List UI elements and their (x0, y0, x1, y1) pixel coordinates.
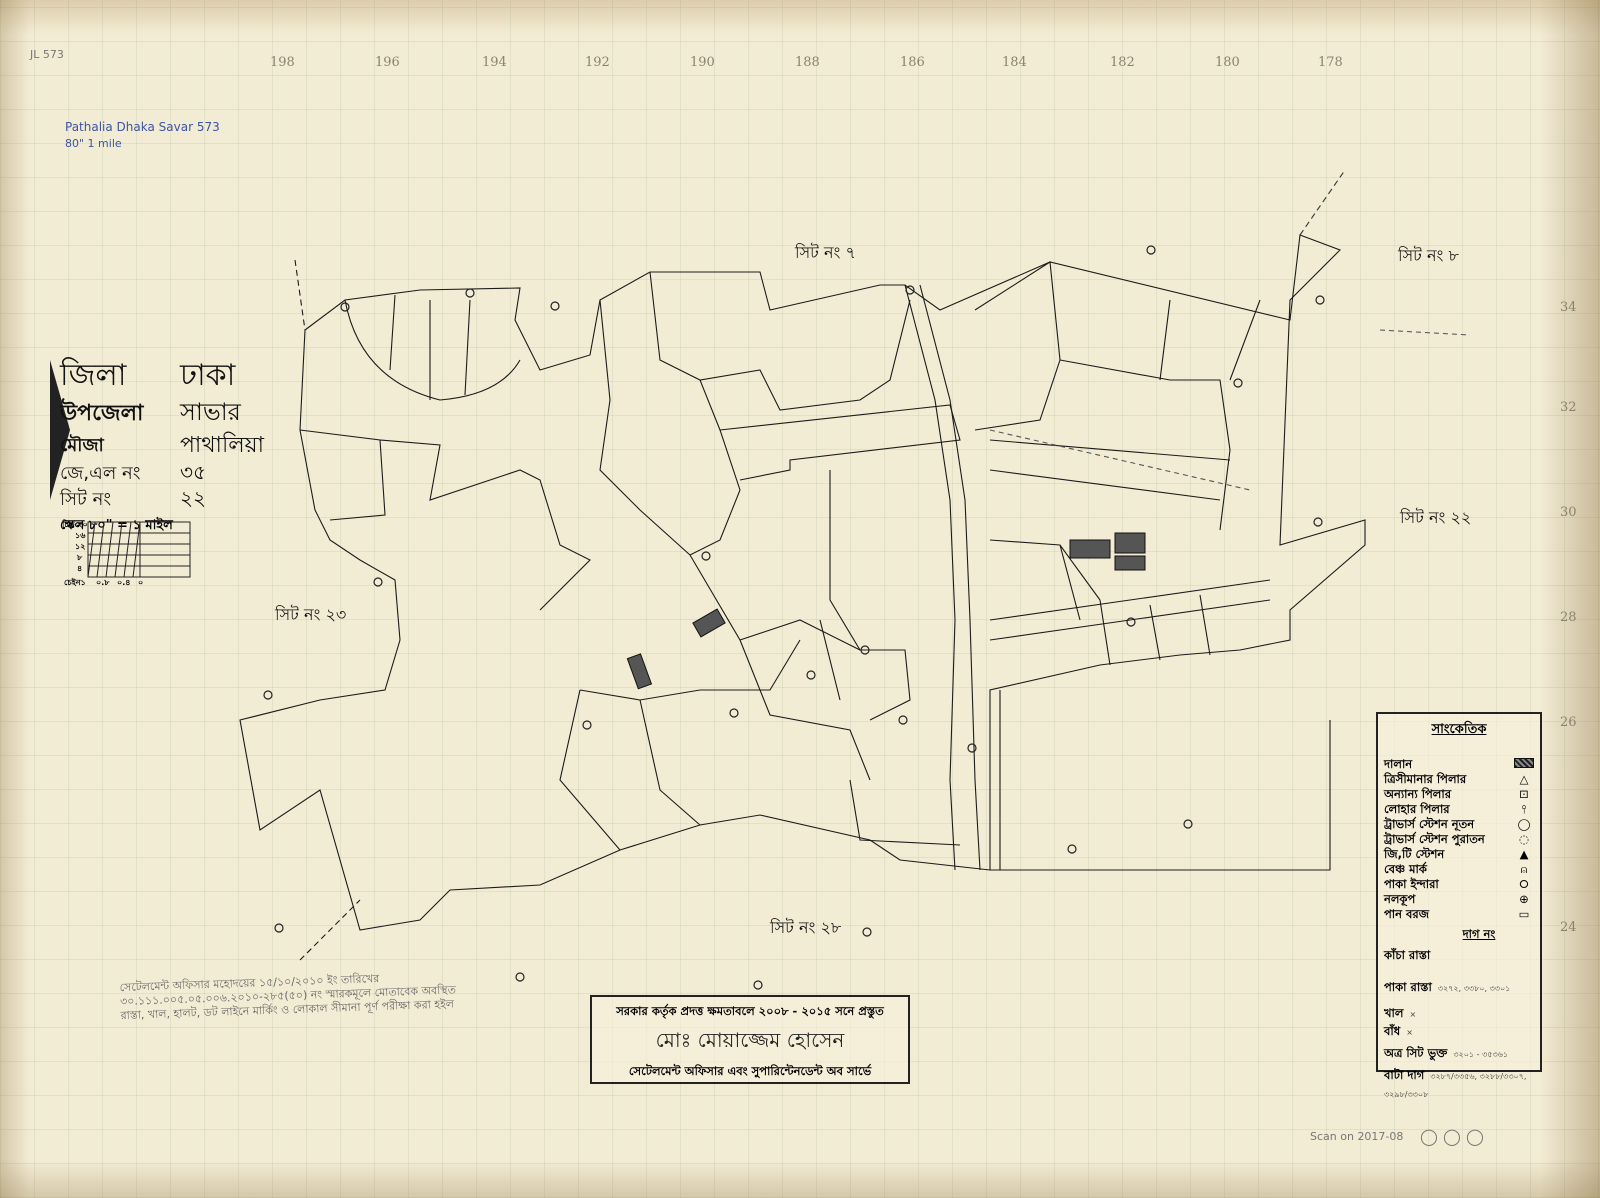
betel-garden-icon: ▭ (1514, 907, 1534, 922)
legend-item: অন্যান্য পিলার⊡ (1378, 787, 1540, 802)
scale-row-label: ৪ (77, 563, 82, 576)
adjacent-sheet-south: সিট নং ২৮ (770, 915, 841, 942)
certification-box: সরকার কর্তৃক প্রদত্ত ক্ষমতাবলে ২০০৮ - ২০… (590, 995, 910, 1084)
bata-dag-item: বাটা দাগ৩২৮৭/৩৩৫৬, ৩২৮৮/৩৩০৭, ৩২৯৮/৩৩০৮ (1378, 1067, 1540, 1103)
legend-item: ত্রিসীমানার পিলার△ (1378, 772, 1540, 787)
scale-col-label: চেইন১ (64, 577, 86, 590)
upazila-label: উপজেলা (60, 396, 180, 433)
sheet-value: ২২ (180, 484, 206, 517)
legend-item: ট্রাভার্স স্টেশন নূতন◯ (1378, 817, 1540, 832)
gt-station-icon: ▲ (1514, 847, 1534, 862)
legend-box: সাংকেতিক দালান ত্রিসীমানার পিলার△ অন্যান… (1376, 712, 1542, 1072)
officer-signature: মোঃ মোয়াজ্জেম হোসেন (592, 1026, 908, 1059)
legend-item: দালান (1378, 757, 1540, 772)
scale-col-label: ০.৮ (96, 577, 109, 590)
stamp-circles-icon: ◯ ◯ ◯ (1420, 1127, 1484, 1146)
sheet-label: সিট নং (60, 485, 180, 516)
legend-item: পাকা ইন্দারা⭘ (1378, 877, 1540, 892)
scan-stamp: Scan on 2017-08 (1310, 1130, 1403, 1143)
upazila-row: উপজেলা সাভার (60, 397, 310, 431)
building-hatch-icon (1514, 757, 1534, 772)
dag-header: দাগ নং (1418, 926, 1540, 945)
legend-item: লোহার পিলার⫯ (1378, 802, 1540, 817)
title-block: জিলা ঢাকা উপজেলা সাভার মৌজা পাথালিয়া জে… (60, 355, 310, 539)
scale-col-label: ০ (138, 577, 143, 590)
sheet-range-item: অত্র সিট ভুক্ত৩২০১ - ৩৫৩৬১ (1378, 1045, 1540, 1063)
legend-item: পান বরজ▭ (1378, 907, 1540, 922)
tubewell-icon: ⊕ (1514, 892, 1534, 907)
legend-item: নলকূপ⊕ (1378, 892, 1540, 907)
iron-pillar-icon: ⫯ (1514, 802, 1534, 817)
scale-text: স্কেল ৮০" = ১ মাইল (60, 513, 310, 539)
adjacent-sheet-northeast: সিট নং ৮ (1398, 243, 1459, 270)
road-item: কাঁচা রাস্তা (1378, 947, 1540, 965)
tri-junction-pillar-icon: △ (1514, 772, 1534, 787)
embankment-item: বাঁধ× (1378, 1023, 1540, 1041)
legend-title: সাংকেতিক (1378, 720, 1540, 741)
adjacent-sheet-east: সিট নং ২২ (1400, 505, 1471, 532)
officer-title: সেটেলমেন্ট অফিসার এবং সুপারিন্টেনডেন্ট অ… (592, 1063, 908, 1082)
legend-item: বেঞ্চ মার্ক⍝ (1378, 862, 1540, 877)
road-item: পাকা রাস্তা৩২৭২, ৩৩৮০, ৩৩০১ (1378, 979, 1540, 997)
sheet-row: সিট নং ২২ (60, 487, 310, 513)
mouza-row: মৌজা পাথালিয়া (60, 431, 310, 461)
canal-item: খাল× (1378, 1005, 1540, 1023)
pucca-well-icon: ⭘ (1514, 877, 1534, 892)
map-sheet: 198 196 194 192 190 188 186 184 182 180 … (0, 0, 1600, 1198)
certification-line: সরকার কর্তৃক প্রদত্ত ক্ষমতাবলে ২০০৮ - ২০… (592, 1003, 908, 1022)
other-pillar-icon: ⊡ (1514, 787, 1534, 802)
district-label: জিলা (60, 351, 180, 402)
district-row: জিলা ঢাকা (60, 355, 310, 397)
mouza-label: মৌজা (60, 431, 180, 462)
adjacent-sheet-north: সিট নং ৭ (795, 240, 856, 267)
traverse-new-icon: ◯ (1514, 817, 1534, 832)
legend-item: জি,টি স্টেশন▲ (1378, 847, 1540, 862)
adjacent-sheet-west: সিট নং ২৩ (275, 602, 346, 629)
legend-item: ট্রাভার্স স্টেশন পুরাতন◌ (1378, 832, 1540, 847)
bench-mark-icon: ⍝ (1514, 862, 1534, 877)
scale-col-label: ০.৪ (117, 577, 130, 590)
traverse-old-icon: ◌ (1514, 832, 1534, 847)
